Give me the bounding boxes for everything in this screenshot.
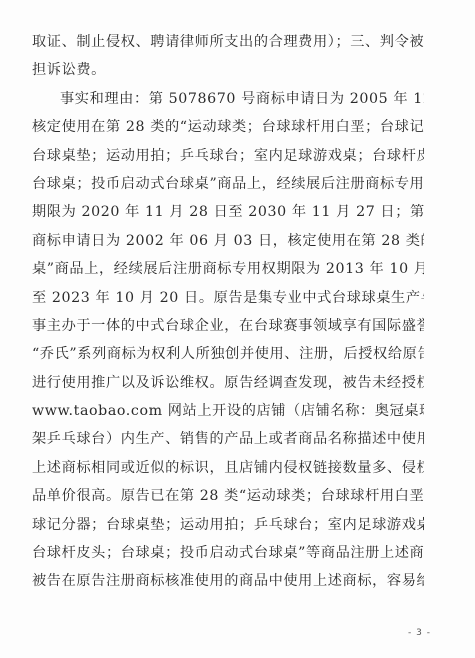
text-line-17: 品单价很高。原告已在第 28 类“运动球类；台球球杆用白垩；台 [32,482,424,510]
text-line-11: 事主办于一体的中式台球企业，在台球赛事领域享有国际盛誉。 [32,312,424,340]
text-line-20: 被告在原告注册商标核准使用的商品中使用上述商标，容易给消 [32,567,424,595]
text-line-8: 商标申请日为 2002 年 06 月 03 日，核定使用在第 28 类的“台球 [32,227,424,255]
text-line-15: 架乒乓球台）内生产、销售的产品上或者商品名称描述中使用与 [32,425,424,453]
text-line-12: “乔氏”系列商标为权利人所独创并使用、注册，后授权给原告 [32,340,424,368]
text-line-13: 进行使用推广以及诉讼维权。原告经调查发现，被告未经授权在 [32,369,424,397]
text-line-10: 至 2023 年 10 月 20 日。原告是集专业中式台球球桌生产与台球赛 [32,284,424,312]
document-body: 取证、制止侵权、聘请律师所支出的合理费用）；三、判令被告承 担诉讼费。 事实和理… [32,28,424,596]
text-line-7: 期限为 2020 年 11 月 28 日至 2030 年 11 月 27 日；第… [32,198,424,226]
text-line-16: 上述商标相同或近似的标识，且店铺内侵权链接数量多、侵权产 [32,454,424,482]
text-line-14: www.taobao.com 网站上开设的店铺（店铺名称：奥冠桌球台篮球 [32,397,424,425]
text-line-19: 台球杆皮头；台球桌；投币启动式台球桌”等商品注册上述商标， [32,539,424,567]
text-line-2: 担诉讼费。 [32,56,424,84]
text-line-18: 球记分器；台球桌垫；运动用拍；乒乓球台；室内足球游戏桌； [32,511,424,539]
text-line-3: 事实和理由：第 5078670 号商标申请日为 2005 年 12 月 23 日… [32,85,424,113]
text-line-6: 台球桌；投币启动式台球桌”商品上，经续展后注册商标专用权 [32,170,424,198]
text-line-5: 台球桌垫；运动用拍；乒乓球台；室内足球游戏桌；台球杆皮头； [32,142,424,170]
page-number: - 3 - [408,628,431,638]
document-page: 取证、制止侵权、聘请律师所支出的合理费用）；三、判令被告承 担诉讼费。 事实和理… [0,0,475,658]
text-line-1: 取证、制止侵权、聘请律师所支出的合理费用）；三、判令被告承 [32,28,424,56]
text-line-9: 桌”商品上，经续展后注册商标专用权期限为 2013 年 10 月 21 日 [32,255,424,283]
text-line-4: 核定使用在第 28 类的“运动球类；台球球杆用白垩；台球记分器； [32,113,424,141]
